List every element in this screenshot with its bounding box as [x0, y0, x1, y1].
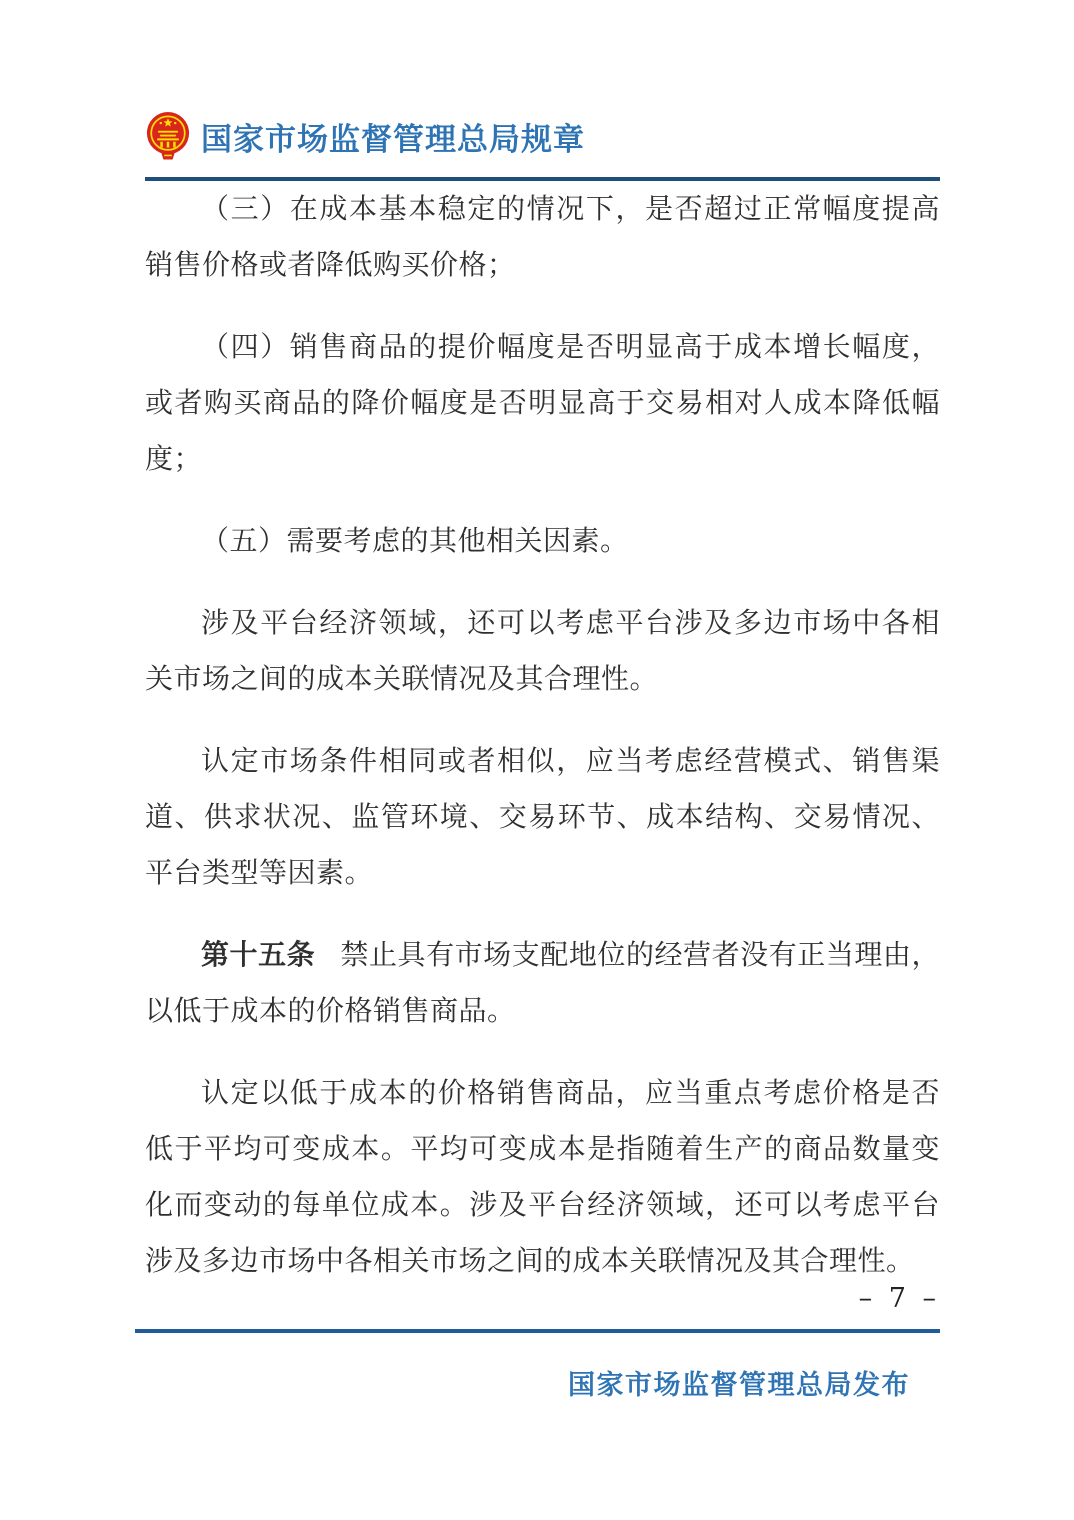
- document-body: （三）在成本基本稳定的情况下，是否超过正常幅度提高销售价格或者降低购买价格；（四…: [145, 181, 940, 1289]
- paragraph: 第十五条禁止具有市场支配地位的经营者没有正当理由，以低于成本的价格销售商品。: [145, 927, 940, 1039]
- page-number: – 7 –: [859, 1283, 940, 1314]
- document-page: 国家市场监督管理总局规章 （三）在成本基本稳定的情况下，是否超过正常幅度提高销售…: [0, 0, 1074, 1520]
- document-title: 国家市场监督管理总局规章: [201, 114, 585, 159]
- footer-divider: [135, 1329, 940, 1333]
- china-national-emblem-icon: [145, 110, 191, 162]
- document-header: 国家市场监督管理总局规章: [145, 108, 940, 164]
- paragraph: （四）销售商品的提价幅度是否明显高于成本增长幅度，或者购买商品的降价幅度是否明显…: [145, 319, 940, 487]
- paragraph: 认定以低于成本的价格销售商品，应当重点考虑价格是否低于平均可变成本。平均可变成本…: [145, 1065, 940, 1289]
- paragraph: 涉及平台经济领域，还可以考虑平台涉及多边市场中各相关市场之间的成本关联情况及其合…: [145, 595, 940, 707]
- paragraph: 认定市场条件相同或者相似，应当考虑经营模式、销售渠道、供求状况、监管环境、交易环…: [145, 733, 940, 901]
- paragraph: （三）在成本基本稳定的情况下，是否超过正常幅度提高销售价格或者降低购买价格；: [145, 181, 940, 293]
- article-number: 第十五条: [201, 939, 315, 970]
- paragraph: （五）需要考虑的其他相关因素。: [145, 513, 940, 569]
- publisher-text: 国家市场监督管理总局发布: [568, 1363, 910, 1402]
